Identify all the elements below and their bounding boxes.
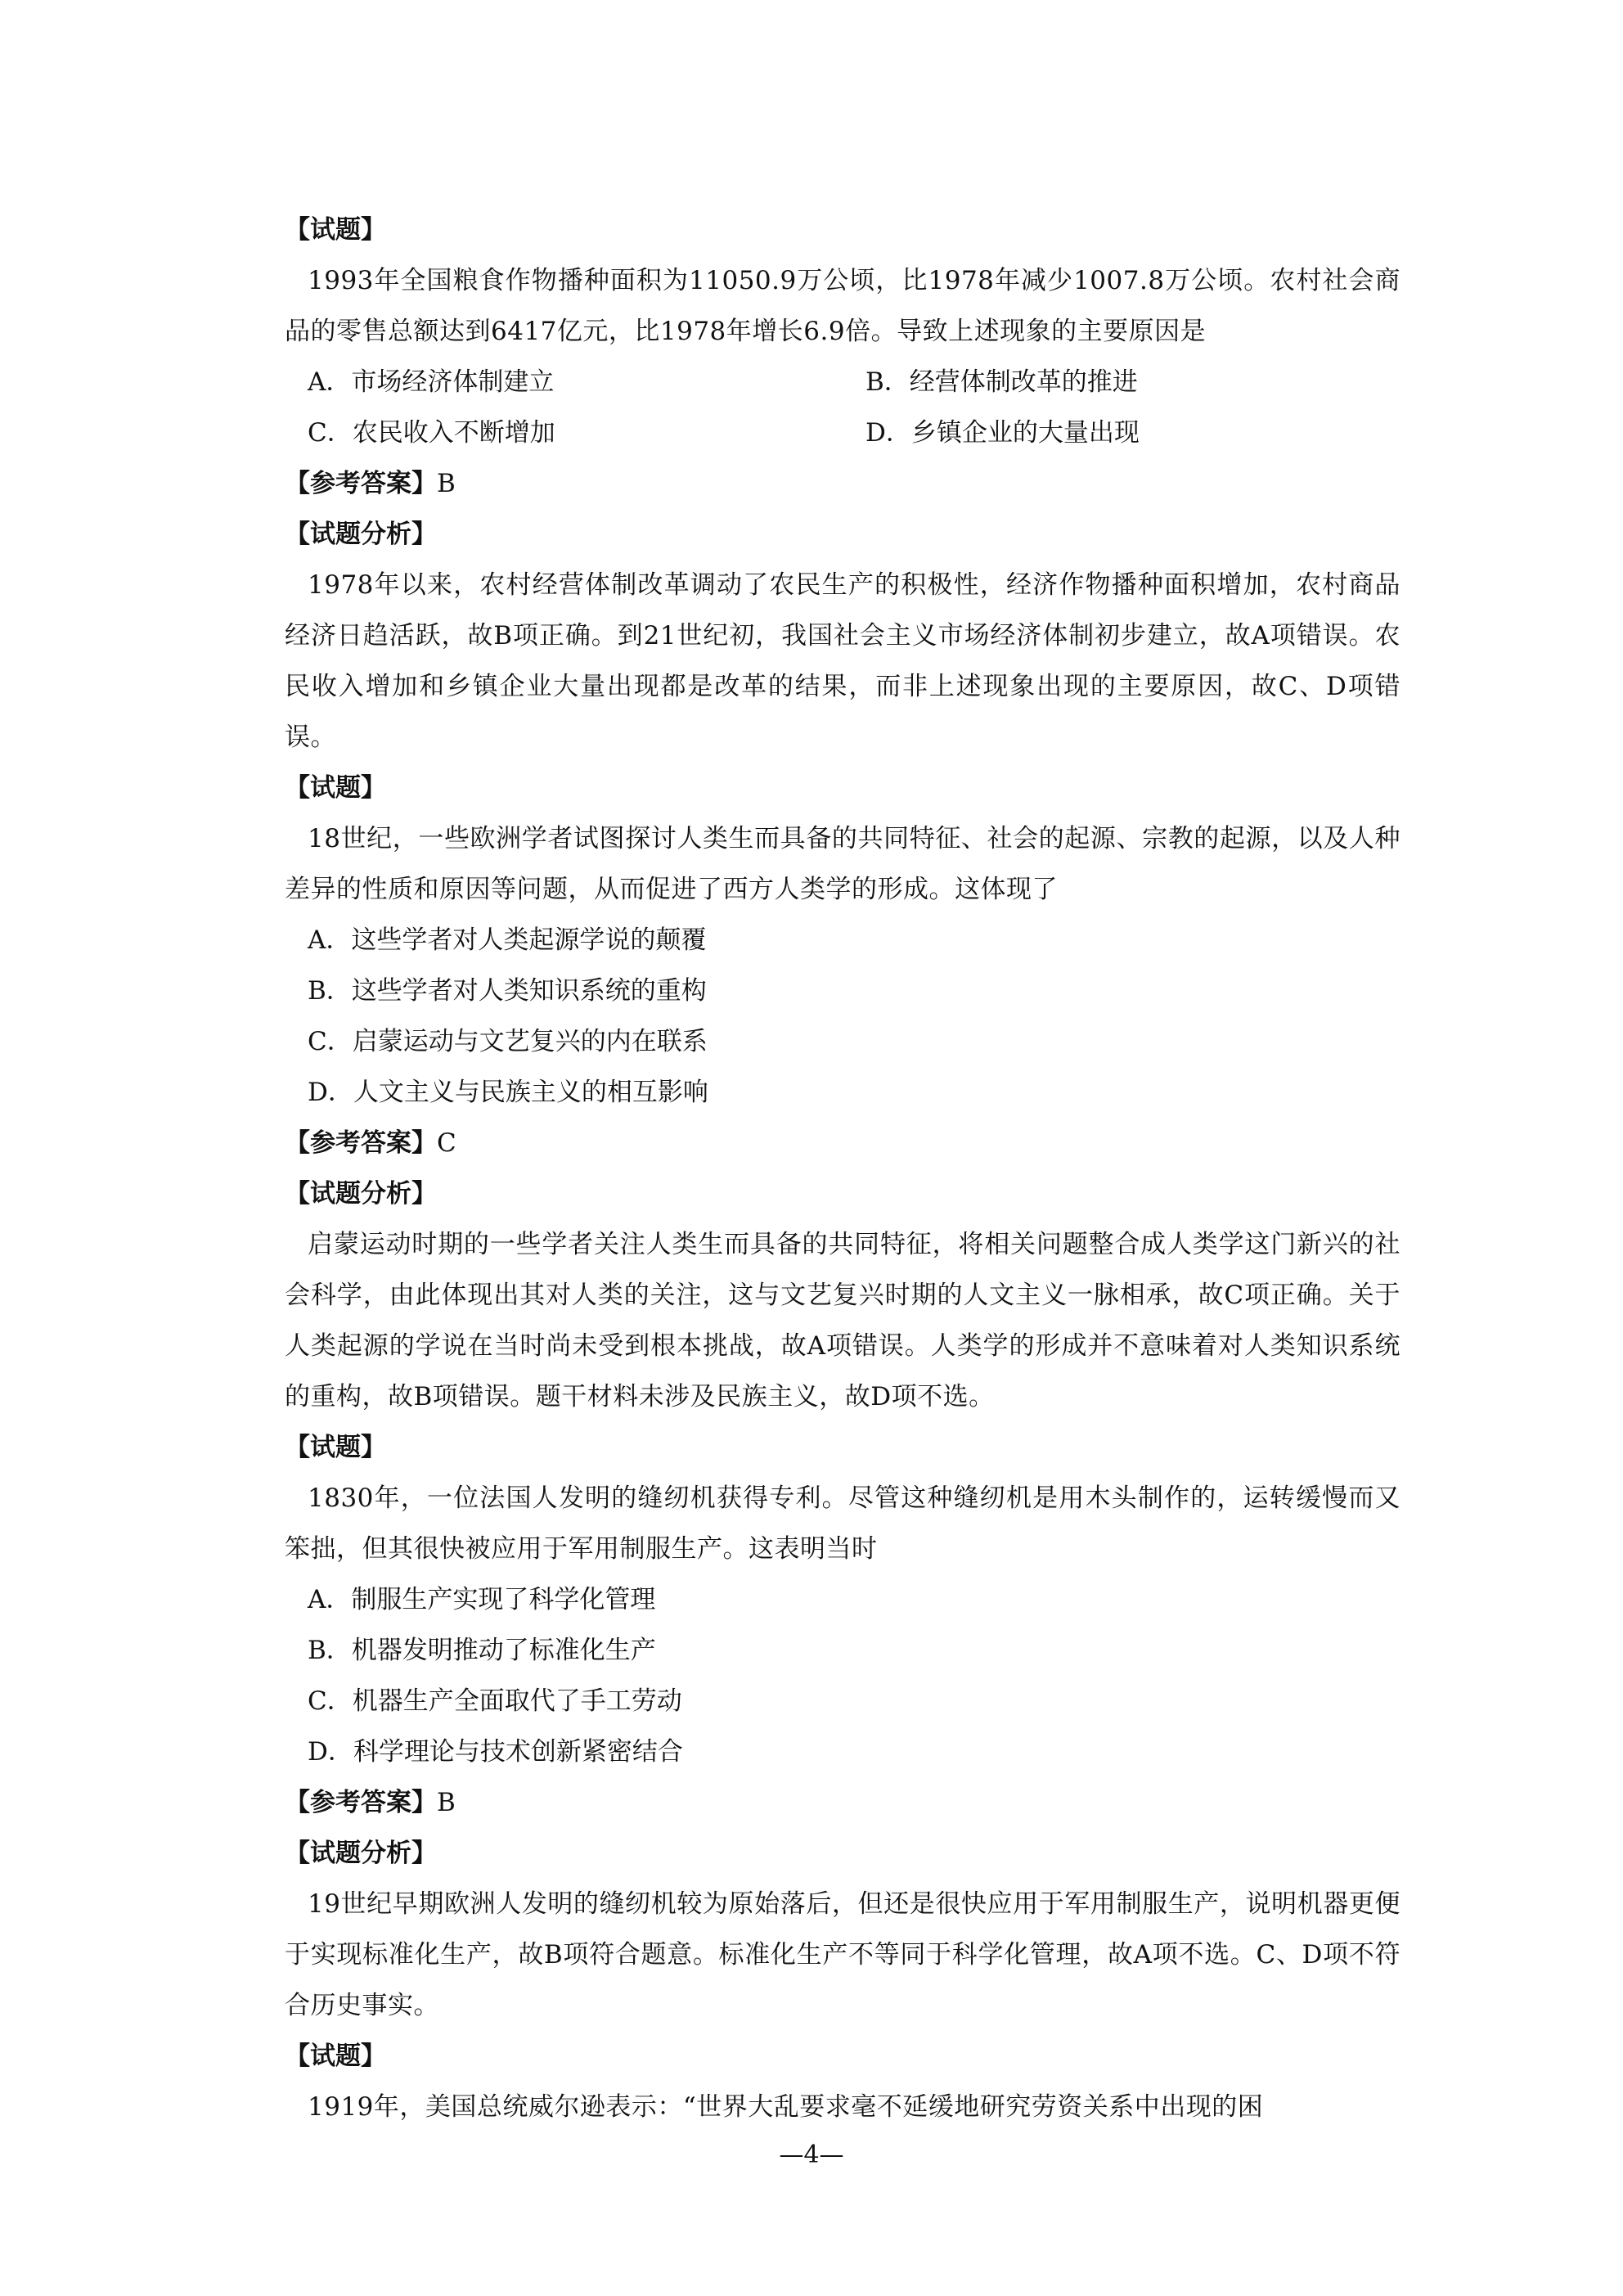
option-c: C．农民收入不断增加 (285, 407, 843, 458)
option-d: D．人文主义与民族主义的相互影响 (285, 1067, 1400, 1118)
option-b: B．经营体制改革的推进 (843, 357, 1400, 407)
question-block-1: 【试题】 1993年全国粮食作物播种面积为11050.9万公顷，比1978年减少… (285, 205, 1400, 763)
option-row: C．农民收入不断增加 D．乡镇企业的大量出现 (285, 407, 1400, 458)
question-label: 【试题】 (285, 763, 1400, 813)
question-stem: 1919年，美国总统威尔逊表示：“世界大乱要求毫不延缓地研究劳资关系中出现的困 (285, 2082, 1400, 2132)
answer-label: 【参考答案】 (285, 1128, 437, 1158)
answer-value: C (437, 1128, 456, 1158)
option-c: C．机器生产全面取代了手工劳动 (285, 1676, 1400, 1727)
question-block-2: 【试题】 18世纪，一些欧洲学者试图探讨人类生而具备的共同特征、社会的起源、宗教… (285, 763, 1400, 1422)
question-label: 【试题】 (285, 205, 1400, 255)
analysis-text: 1978年以来，农村经营体制改革调动了农民生产的积极性，经济作物播种面积增加，农… (285, 560, 1400, 763)
option-b: B．机器发明推动了标准化生产 (285, 1625, 1400, 1676)
analysis-label: 【试题分析】 (285, 1828, 1400, 1879)
answer-label: 【参考答案】 (285, 469, 437, 498)
analysis-label: 【试题分析】 (285, 509, 1400, 560)
question-stem: 1830年，一位法国人发明的缝纫机获得专利。尽管这种缝纫机是用木头制作的，运转缓… (285, 1473, 1400, 1574)
option-c: C．启蒙运动与文艺复兴的内在联系 (285, 1016, 1400, 1067)
option-d: D．乡镇企业的大量出现 (843, 407, 1400, 458)
question-stem: 18世纪，一些欧洲学者试图探讨人类生而具备的共同特征、社会的起源、宗教的起源，以… (285, 813, 1400, 915)
option-a: A．制服生产实现了科学化管理 (285, 1574, 1400, 1625)
answer-line: 【参考答案】C (285, 1118, 1400, 1168)
option-d: D．科学理论与技术创新紧密结合 (285, 1727, 1400, 1777)
option-a: A．市场经济体制建立 (285, 357, 843, 407)
answer-line: 【参考答案】B (285, 1777, 1400, 1828)
analysis-label: 【试题分析】 (285, 1168, 1400, 1219)
answer-value: B (437, 1788, 456, 1817)
question-stem: 1993年全国粮食作物播种面积为11050.9万公顷，比1978年减少1007.… (285, 255, 1400, 357)
question-block-4: 【试题】 1919年，美国总统威尔逊表示：“世界大乱要求毫不延缓地研究劳资关系中… (285, 2031, 1400, 2132)
analysis-text: 19世纪早期欧洲人发明的缝纫机较为原始落后，但还是很快应用于军用制服生产，说明机… (285, 1879, 1400, 2031)
answer-label: 【参考答案】 (285, 1788, 437, 1817)
option-row: A．市场经济体制建立 B．经营体制改革的推进 (285, 357, 1400, 407)
question-block-3: 【试题】 1830年，一位法国人发明的缝纫机获得专利。尽管这种缝纫机是用木头制作… (285, 1422, 1400, 2031)
option-b: B．这些学者对人类知识系统的重构 (285, 966, 1400, 1016)
option-a: A．这些学者对人类起源学说的颠覆 (285, 915, 1400, 966)
question-label: 【试题】 (285, 1422, 1400, 1473)
page-number: —4— (0, 2141, 1623, 2169)
answer-line: 【参考答案】B (285, 458, 1400, 509)
analysis-text: 启蒙运动时期的一些学者关注人类生而具备的共同特征，将相关问题整合成人类学这门新兴… (285, 1219, 1400, 1422)
document-page: 【试题】 1993年全国粮食作物播种面积为11050.9万公顷，比1978年减少… (285, 205, 1400, 2132)
question-label: 【试题】 (285, 2031, 1400, 2082)
answer-value: B (437, 469, 456, 498)
